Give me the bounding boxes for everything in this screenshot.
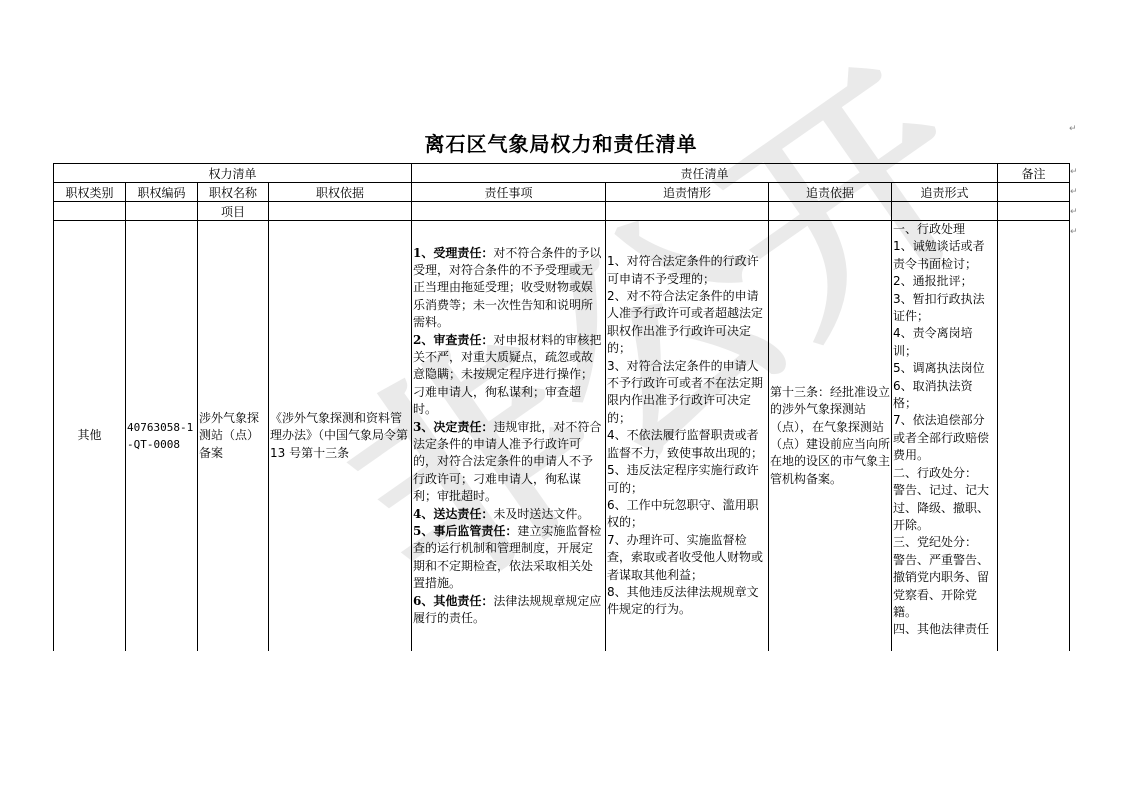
subheader-empty xyxy=(126,202,198,221)
cell-name: 涉外气象探测站（点）备案 xyxy=(198,221,269,652)
cell-code: 40763058-1-QT-0008 xyxy=(126,221,198,652)
col-header-responsibilities: 责任事项 xyxy=(412,183,606,202)
paragraph-mark-icon: ↵ xyxy=(1070,227,1078,237)
subheader-item: 项目 xyxy=(198,202,269,221)
col-header-code: 职权编码 xyxy=(126,183,198,202)
col-header-name: 职权名称 xyxy=(198,183,269,202)
col-header-accountability-forms: 追责形式 xyxy=(892,183,998,202)
subheader-empty xyxy=(54,202,126,221)
cell-basis: 《涉外气象探测和资料管理办法》（中国气象局令第 13 号第十三条 xyxy=(269,221,412,652)
case-item: 1、对符合法定条件的行政许可申请不予受理的； xyxy=(607,253,767,288)
paragraph-mark-icon: ↵ xyxy=(1070,207,1078,217)
table-row: 其他 40763058-1-QT-0008 涉外气象探测站（点）备案 《涉外气象… xyxy=(54,221,1070,652)
subheader-empty xyxy=(412,202,606,221)
group-header-responsibility-list: 责任清单 xyxy=(412,164,998,183)
paragraph-mark-icon: ↵ xyxy=(1070,167,1078,177)
form-item: 三、党纪处分： xyxy=(893,534,996,551)
form-item: 7、依法追偿部分或者全部行政赔偿费用。 xyxy=(893,412,996,464)
form-item: 2、通报批评； xyxy=(893,273,996,290)
form-item: 5、调离执法岗位 xyxy=(893,360,996,377)
subheader-empty xyxy=(998,202,1070,221)
form-item: 一、行政处理 xyxy=(893,221,996,238)
form-item: 6、取消执法资格； xyxy=(893,378,996,413)
cell-accountability-forms: 一、行政处理 1、诫勉谈话或者责令书面检讨； 2、通报批评； 3、暂扣行政执法证… xyxy=(892,221,998,652)
responsibility-item: 1、受理责任：对不符合条件的予以受理，对符合条件的不予受理或无正当理由拖延受理；… xyxy=(413,245,604,332)
case-item: 2、对不符合法定条件的申请人准予行政许可或者超越法定职权作出准予行政许可决定的； xyxy=(607,288,767,358)
col-header-accountability-basis: 追责依据 xyxy=(769,183,892,202)
form-item: 4、责令离岗培训； xyxy=(893,325,996,360)
responsibility-item: 2、审查责任：对申报材料的审核把关不严，对重大质疑点，疏忽或故意隐瞒；未按规定程… xyxy=(413,332,604,419)
cell-accountability-basis: 第十三条：经批准设立的涉外气象探测站（点），在气象探测站（点）建设前应当向所在地… xyxy=(769,221,892,652)
cell-accountability-cases: 1、对符合法定条件的行政许可申请不予受理的； 2、对不符合法定条件的申请人准予行… xyxy=(606,221,769,652)
responsibility-item: 4、送达责任：未及时送达文件。 xyxy=(413,506,604,523)
case-item: 3、对符合法定条件的申请人不予行政许可或者不在法定期限内作出准予行政许可决定的； xyxy=(607,358,767,428)
group-header-power-list: 权力清单 xyxy=(54,164,412,183)
cell-category: 其他 xyxy=(54,221,126,652)
col-header-category: 职权类别 xyxy=(54,183,126,202)
subheader-empty xyxy=(892,202,998,221)
form-item: 3、暂扣行政执法证件； xyxy=(893,291,996,326)
case-item: 4、不依法履行监督职责或者监督不力，致使事故出现的； xyxy=(607,427,767,462)
form-item: 警告、记过、记大过、降级、撤职、开除。 xyxy=(893,482,996,534)
case-item: 8、其他违反法律法规规章文件规定的行为。 xyxy=(607,584,767,619)
col-header-accountability-cases: 追责情形 xyxy=(606,183,769,202)
form-item: 1、诫勉谈话或者责令书面检讨； xyxy=(893,238,996,273)
col-header-remarks xyxy=(998,183,1070,202)
cell-remarks xyxy=(998,221,1070,652)
form-item: 四、其他法律责任 xyxy=(893,621,996,638)
form-item: 警告、严重警告、撤销党内职务、留党察看、开除党籍。 xyxy=(893,552,996,622)
case-item: 5、违反法定程序实施行政许可的； xyxy=(607,462,767,497)
cell-responsibilities: 1、受理责任：对不符合条件的予以受理，对符合条件的不予受理或无正当理由拖延受理；… xyxy=(412,221,606,652)
case-item: 7、办理许可、实施监督检查，索取或者收受他人财物或者谋取其他利益； xyxy=(607,532,767,584)
subheader-empty xyxy=(769,202,892,221)
group-header-remarks: 备注 xyxy=(998,164,1070,183)
case-item: 6、工作中玩忽职守、滥用职权的； xyxy=(607,497,767,532)
responsibility-item: 3、决定责任：违规审批，对不符合法定条件的申请人准予行政许可的，对符合法定条件的… xyxy=(413,419,604,506)
paragraph-mark-icon: ↵ xyxy=(1069,124,1077,134)
responsibility-item: 5、事后监管责任：建立实施监督检查的运行机制和管理制度，开展定期和不定期检查，依… xyxy=(413,523,604,593)
paragraph-mark-icon: ↵ xyxy=(1070,187,1078,197)
subheader-empty xyxy=(606,202,769,221)
responsibility-item: 6、其他责任：法律法规规章规定应履行的责任。 xyxy=(413,593,604,628)
document-title: 离石区气象局权力和责任清单 xyxy=(0,128,1122,157)
col-header-basis: 职权依据 xyxy=(269,183,412,202)
form-item: 二、行政处分： xyxy=(893,465,996,482)
subheader-empty xyxy=(269,202,412,221)
power-responsibility-table: 权力清单 责任清单 备注 职权类别 职权编码 职权名称 职权依据 责任事项 追责… xyxy=(53,163,1070,651)
